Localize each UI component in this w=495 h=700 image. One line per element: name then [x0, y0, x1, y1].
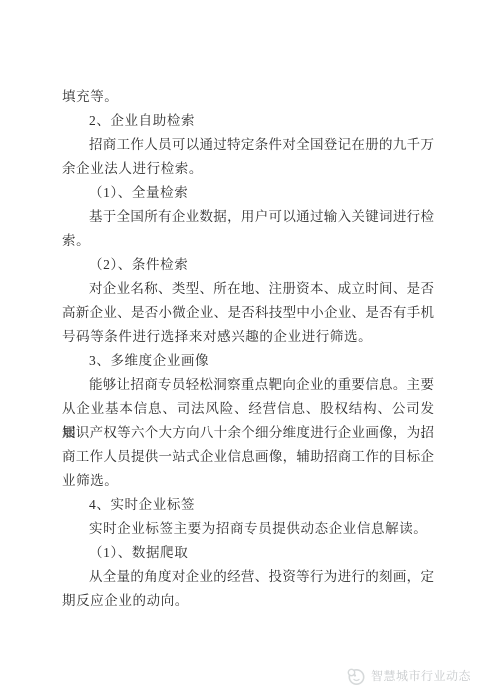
text-line: 从全量的角度对企业的经营、投资等行为进行的刻画，定	[62, 565, 434, 589]
brand-logo-icon	[345, 666, 366, 687]
text-line: 高新企业、是否小微企业、是否科技型中小企业、是否有手机	[62, 301, 434, 325]
watermark-label: 智慧城市行业动态	[371, 666, 471, 687]
text-line: 2、企业自助检索	[62, 109, 434, 133]
text-line: 招商工作人员可以通过特定条件对全国登记在册的九千万	[62, 133, 434, 157]
text-line: 知识产权等六个大方向八十余个细分维度进行企业画像，为招	[62, 421, 434, 445]
document-page: 填充等。2、企业自助检索招商工作人员可以通过特定条件对全国登记在册的九千万余企业…	[0, 0, 495, 700]
text-line: 3、多维度企业画像	[62, 349, 434, 373]
text-line: 对企业名称、类型、所在地、注册资本、成立时间、是否	[62, 277, 434, 301]
document-body: 填充等。2、企业自助检索招商工作人员可以通过特定条件对全国登记在册的九千万余企业…	[62, 85, 434, 613]
text-line: 余企业法人进行检索。	[62, 157, 434, 181]
text-line: 实时企业标签主要为招商专员提供动态企业信息解读。	[62, 517, 434, 541]
text-line: 号码等条件进行选择来对感兴趣的企业进行筛选。	[62, 325, 434, 349]
text-line: 能够让招商专员轻松洞察重点靶向企业的重要信息。主要	[62, 373, 434, 397]
text-line: 基于全国所有企业数据，用户可以通过输入关键词进行检	[62, 205, 434, 229]
text-line: 商工作人员提供一站式企业信息画像，辅助招商工作的目标企	[62, 445, 434, 469]
text-line: 索。	[62, 229, 434, 253]
text-line: （1）、数据爬取	[62, 541, 434, 565]
text-line: 4、实时企业标签	[62, 493, 434, 517]
watermark: 智慧城市行业动态	[345, 663, 471, 689]
text-line: 期反应企业的动向。	[62, 589, 434, 613]
text-line: 从企业基本信息、司法风险、经营信息、股权结构、公司发展、	[62, 397, 434, 421]
text-line: （2）、条件检索	[62, 253, 434, 277]
text-line: 填充等。	[62, 85, 434, 109]
text-line: 业筛选。	[62, 469, 434, 493]
text-line: （1）、全量检索	[62, 181, 434, 205]
